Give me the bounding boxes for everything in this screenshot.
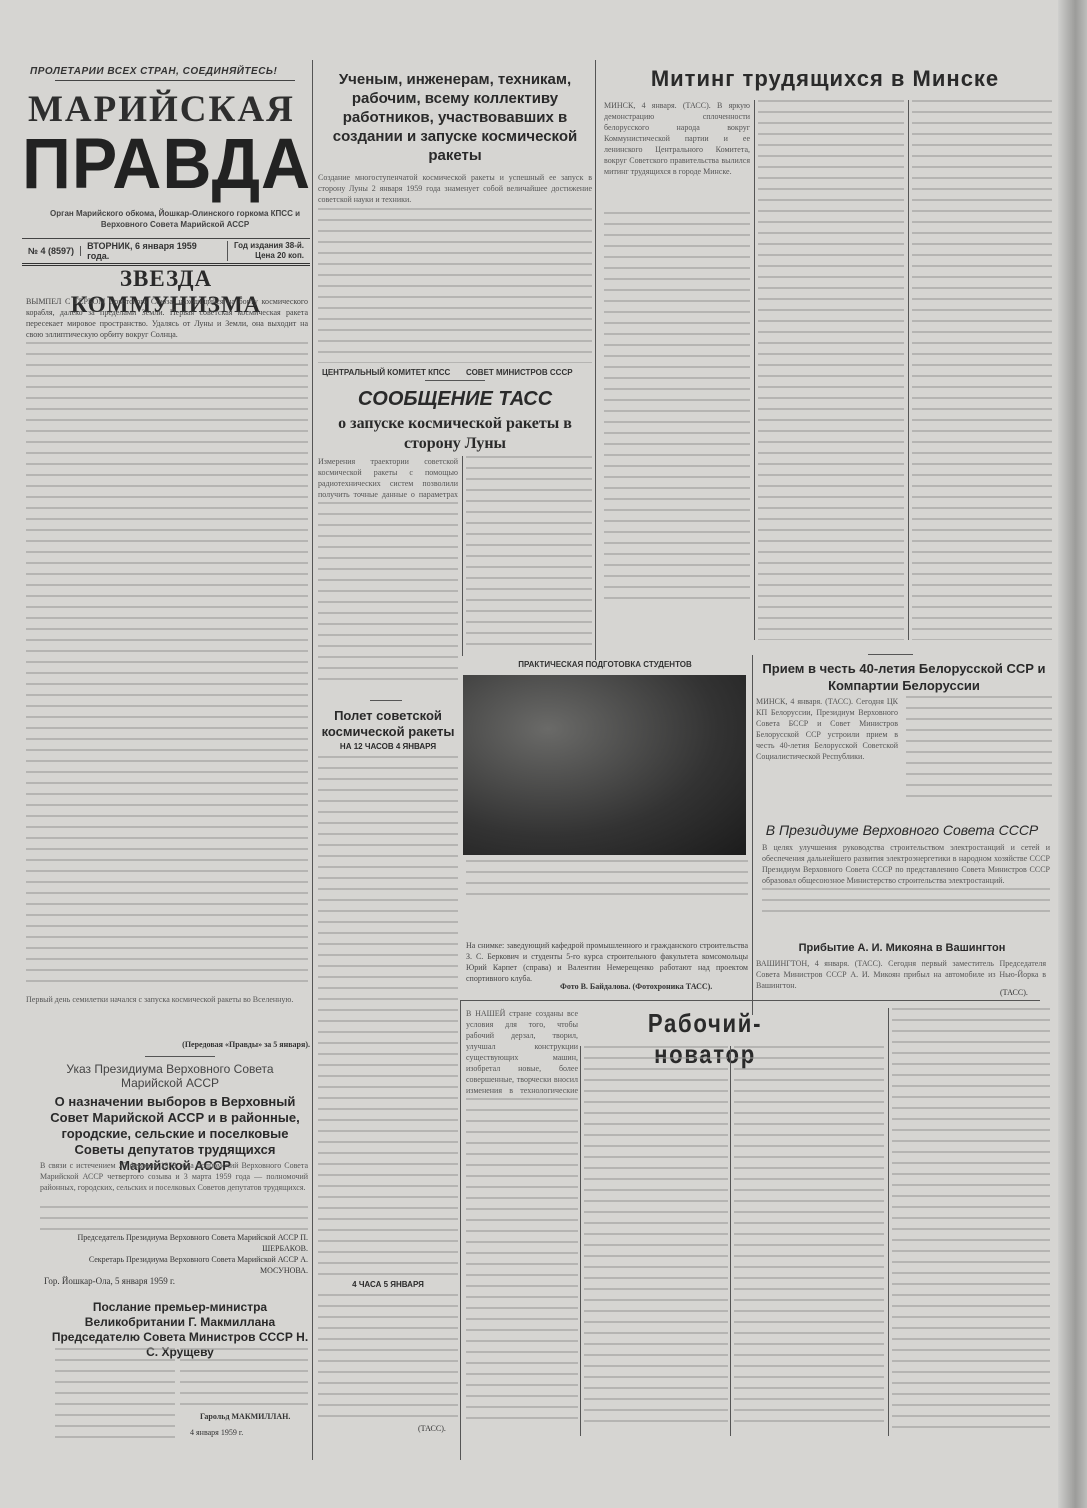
tass-lead: Измерения траектории советской космическ…: [318, 456, 458, 500]
zvezda-source: (Передовая «Правды» за 5 января).: [150, 1040, 310, 1049]
decree-secretary: Секретарь Президиума Верховного Совета М…: [60, 1254, 308, 1276]
appeal-lead: Создание многоступенчатой космической ра…: [318, 172, 592, 206]
column-rule: [730, 1046, 731, 1436]
column-rule: [595, 60, 596, 660]
minsk-body-col3: [912, 100, 1052, 640]
flight-body: [318, 756, 458, 1276]
tass-body-col1: [318, 502, 458, 682]
issue-price: Цена 20 коп.: [234, 251, 304, 261]
appeal-headline: Ученым, инженерам, техникам, рабочим, вс…: [318, 70, 592, 165]
presidium-headline: В Президиуме Верховного Совета СССР: [752, 822, 1052, 838]
minsk-lead: МИНСК, 4 января. (ТАСС). В яркую демонст…: [604, 100, 750, 210]
reception-lead: МИНСК, 4 января. (ТАСС). Сегодня ЦК КП Б…: [756, 696, 898, 806]
flight-source: (ТАСС).: [418, 1424, 458, 1433]
macmillan-signature: Гарольд МАКМИЛЛАН.: [200, 1412, 310, 1421]
issue-date: ВТОРНИК, 6 января 1959 года.: [81, 241, 228, 261]
innovator-lead: В НАШЕЙ стране созданы все условия для т…: [466, 1008, 578, 1096]
divider: [370, 700, 402, 701]
decree-place-date: Гор. Йошкар-Ола, 5 января 1959 г.: [44, 1276, 244, 1286]
column-rule: [888, 1008, 889, 1436]
divider: [55, 80, 295, 81]
masthead-motto: ПРОЛЕТАРИИ ВСЕХ СТРАН, СОЕДИНЯЙТЕСЬ!: [30, 66, 292, 77]
innovator-body-col3: [734, 1046, 884, 1430]
divider: [145, 1056, 215, 1057]
issue-year-price: Год издания 38-й. Цена 20 коп.: [228, 241, 310, 261]
appeal-signature-sm: СОВЕТ МИНИСТРОВ СССР: [466, 368, 592, 377]
decree-body: [40, 1206, 308, 1230]
zvezda-lead: ВЫМПЕЛ С ГЕРБОМ Советского Союза, находя…: [26, 296, 308, 340]
news-photo: [463, 675, 746, 855]
presidium-body: [762, 888, 1050, 920]
flight-section2: 4 ЧАСА 5 ЯНВАРЯ: [318, 1280, 458, 1289]
zvezda-body: [26, 342, 308, 990]
photo-credit: Фото В. Байдалова. (Фотохроника ТАСС).: [560, 982, 760, 991]
tass-body-col2: [466, 456, 592, 646]
innovator-body-col2: [584, 1046, 728, 1430]
column-rule: [312, 60, 313, 1460]
decree-lead: В связи с истечением 27 февраля 1959 год…: [40, 1160, 308, 1204]
macmillan-body-left: [55, 1348, 175, 1443]
newspaper-page: ПРОЛЕТАРИИ ВСЕХ СТРАН, СОЕДИНЯЙТЕСЬ! МАР…: [0, 0, 1058, 1508]
zvezda-closing: Первый день семилетки начался с запуска …: [26, 994, 308, 1016]
flight-body2: [318, 1294, 458, 1419]
mikoyan-source: (ТАСС).: [1000, 988, 1050, 997]
reception-body: [906, 696, 1052, 806]
column-rule: [754, 100, 755, 640]
reception-headline: Прием в честь 40-летия Белорусской ССР и…: [756, 660, 1052, 694]
newspaper-title-line2: ПРАВДА: [22, 126, 312, 202]
divider: [868, 654, 913, 655]
masthead-organ: Орган Марийского обкома, Йошкар-Олинског…: [50, 208, 300, 230]
minsk-body-col2: [758, 100, 904, 640]
photo-headline: ПРАКТИЧЕСКАЯ ПОДГОТОВКА СТУДЕНТОВ: [460, 660, 750, 669]
tass-subhead: о запуске космической ракеты в сторону Л…: [318, 414, 592, 454]
photo-text: [466, 860, 748, 902]
presidium-lead: В целях улучшения руководства строительс…: [762, 842, 1050, 886]
issue-bar: № 4 (8597) ВТОРНИК, 6 января 1959 года. …: [22, 238, 310, 266]
mikoyan-lead: ВАШИНГТОН, 4 января. (ТАСС). Сегодня пер…: [756, 958, 1046, 992]
column-rule: [462, 456, 463, 656]
decree-kicker: Указ Президиума Верховного Совета Марийс…: [40, 1062, 300, 1090]
minsk-headline: Митинг трудящихся в Минске: [600, 66, 1050, 92]
page-binding: [1058, 0, 1087, 1508]
macmillan-body-right: [180, 1348, 308, 1410]
appeal-signature-cc: ЦЕНТРАЛЬНЫЙ КОМИТЕТ КПСС: [322, 368, 452, 377]
mikoyan-headline: Прибытие А. И. Микояна в Вашингтон: [752, 942, 1052, 954]
column-rule: [580, 1046, 581, 1436]
issue-number: № 4 (8597): [22, 246, 81, 256]
photo-caption: На снимке: заведующий кафедрой промышлен…: [466, 940, 748, 984]
innovator-body-col1: [466, 1098, 578, 1428]
column-rule: [460, 1000, 461, 1460]
macmillan-date: 4 января 1959 г.: [190, 1428, 300, 1437]
issue-year: Год издания 38-й.: [234, 241, 304, 251]
decree-chairman: Председатель Президиума Верховного Совет…: [60, 1232, 308, 1254]
divider: [425, 380, 485, 381]
tass-headline: СООБЩЕНИЕ ТАСС: [318, 388, 592, 411]
appeal-body: [318, 208, 592, 363]
flight-headline: Полет советской космической ракеты: [318, 708, 458, 740]
column-rule: [908, 100, 909, 640]
ornamental-rule: [460, 1000, 1040, 1004]
flight-subhead: НА 12 ЧАСОВ 4 ЯНВАРЯ: [318, 742, 458, 751]
minsk-body-col1: [604, 212, 750, 607]
innovator-body-col4: [892, 1008, 1050, 1430]
